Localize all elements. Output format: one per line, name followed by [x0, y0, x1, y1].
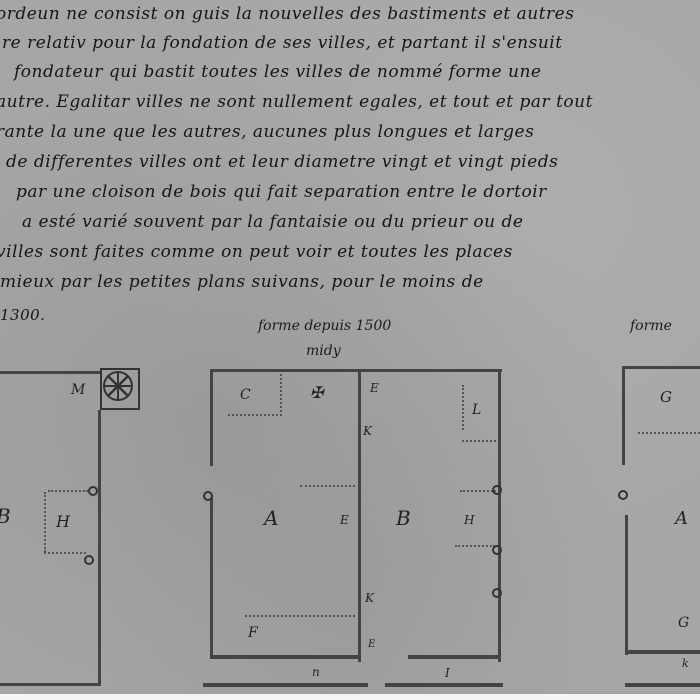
dotted-partition [455, 545, 495, 547]
text-line: par une cloison de bois qui fait separat… [16, 182, 547, 202]
plan-label: F [248, 626, 258, 640]
text-line: villes sont faites comme on peut voir et… [0, 242, 513, 262]
wall [0, 371, 100, 374]
center-plan-title: forme depuis 1500 [258, 318, 391, 334]
wall [622, 366, 700, 369]
page-edge [0, 694, 700, 700]
door-icon [203, 491, 213, 501]
dotted-partition [48, 490, 88, 492]
plan-label: G [678, 616, 689, 630]
dotted-partition [460, 490, 496, 492]
wall [625, 515, 628, 655]
plan-label: G [660, 390, 672, 405]
text-line: a esté varié souvent par la fantaisie ou… [22, 212, 523, 232]
plan-label: A [675, 510, 688, 528]
plan-label: B [0, 506, 11, 526]
wall [625, 683, 700, 687]
text-line: rante la une que les autres, aucunes plu… [0, 122, 534, 142]
plan-label: E [368, 640, 375, 650]
wall [408, 655, 500, 659]
wall [0, 683, 100, 686]
dotted-partition [245, 615, 355, 617]
dotted-partition [44, 492, 46, 552]
plan-label: L [472, 403, 481, 417]
text-line: re relativ pour la fondation de ses vill… [2, 33, 563, 53]
dotted-partition [462, 385, 464, 430]
wall [498, 372, 501, 662]
plan-label: E [370, 382, 379, 394]
dotted-partition [280, 374, 282, 412]
plan-label: K [365, 592, 374, 604]
door-icon [492, 588, 502, 598]
wall [358, 372, 361, 662]
dotted-partition [300, 485, 355, 487]
center-plan-orientation: midy [306, 343, 341, 359]
cross-icon: ✠ [310, 385, 323, 401]
wall [210, 498, 213, 658]
wall [385, 683, 503, 687]
dotted-partition [638, 432, 700, 434]
door-icon [492, 545, 502, 555]
text-line-date: 1300. [0, 306, 45, 324]
plan-label: E [340, 514, 349, 526]
text-line: autre. Egalitar villes ne sont nullement… [0, 92, 593, 112]
plan-label: H [464, 514, 474, 526]
plan-label: k [682, 658, 689, 669]
wall [210, 655, 360, 659]
plan-label: K [363, 425, 372, 437]
door-icon [492, 485, 502, 495]
door-icon [88, 486, 98, 496]
wall [626, 650, 700, 654]
wall [203, 683, 368, 687]
text-line: de differentes villes ont et leur diamet… [6, 152, 558, 172]
text-line: ordeun ne consist on guis la nouvelles d… [0, 4, 574, 24]
plan-label: A [264, 508, 278, 528]
right-plan-title: forme [630, 318, 672, 334]
wall [210, 372, 213, 466]
wall [98, 410, 101, 686]
text-line: mieux par les petites plans suivans, pou… [0, 272, 484, 292]
dotted-partition [44, 552, 86, 554]
plan-label: I [445, 667, 450, 679]
plan-label: H [56, 514, 70, 530]
text-line: fondateur qui bastit toutes les villes d… [14, 62, 541, 82]
wall [622, 369, 625, 465]
dotted-partition [228, 414, 282, 416]
plan-label: M [71, 383, 85, 397]
dotted-partition [462, 440, 496, 442]
door-icon [84, 555, 94, 565]
plan-label: n [312, 666, 320, 678]
plan-label: B [396, 508, 411, 528]
plan-label: C [240, 388, 251, 402]
wall [210, 369, 502, 372]
spiral-stair-icon [103, 371, 133, 401]
door-icon [618, 490, 628, 500]
